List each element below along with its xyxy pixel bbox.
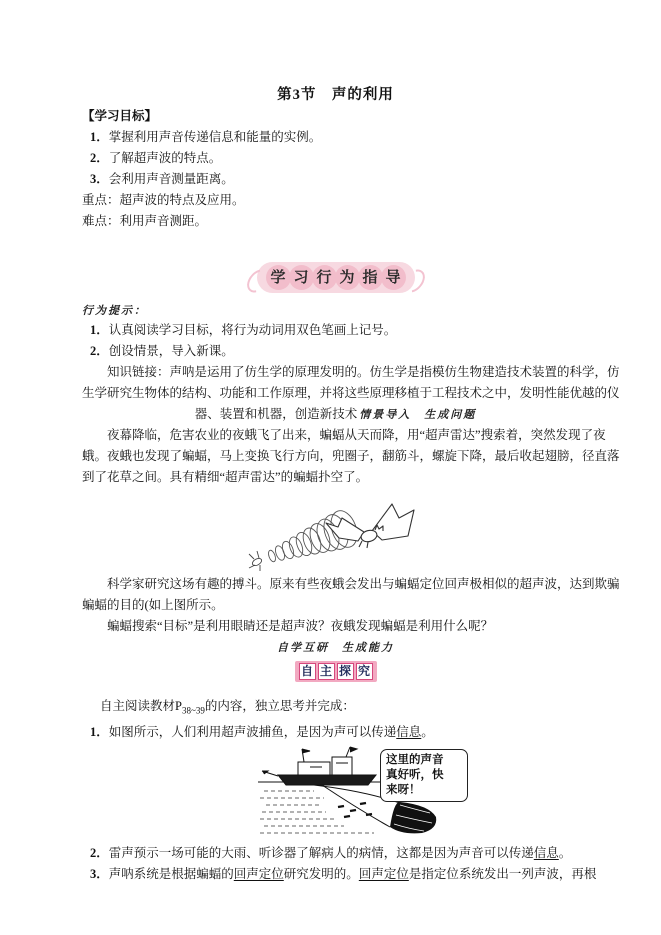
difficult-point: 难点：利用声音测距。 bbox=[82, 211, 589, 232]
task-item-1: 1．如图所示，人们利用超声波捕鱼，是因为声可以传递信息。 bbox=[82, 722, 589, 743]
ribbon-char: 为 bbox=[335, 265, 360, 290]
item-text: 如图所示，人们利用超声波捕鱼，是因为声可以传递 bbox=[109, 725, 397, 739]
item-text: 声呐系统是根据蝙蝠的 bbox=[109, 867, 234, 881]
sonar-fishing-figure: 这里的声音 真好听，快 来呀！ bbox=[254, 745, 464, 841]
story-question: 蝙蝠搜索“目标”是利用眼睛还是超声波？夜蛾发现蝙蝠是利用什么呢？ bbox=[82, 616, 589, 637]
ribbon-char: 学 bbox=[266, 265, 291, 290]
answer-blank-filled: 信息 bbox=[534, 846, 559, 860]
item-number: 2． bbox=[90, 846, 109, 860]
objective-item: 3．会利用声音测量距离。 bbox=[82, 169, 589, 190]
ribbon-char: 行 bbox=[312, 265, 337, 290]
document-page: 第3节 声的利用 【学习目标】 1．掌握利用声音传递信息和能量的实例。 2．了解… bbox=[82, 0, 589, 885]
item-text: 。 bbox=[559, 846, 572, 860]
section-script-header: 自学互研 生成能力 bbox=[82, 637, 589, 658]
speech-bubble: 这里的声音 真好听，快 来呀！ bbox=[380, 749, 468, 802]
answer-blank-filled: 信息 bbox=[396, 725, 421, 739]
item-text: 会利用声音测量距离。 bbox=[109, 172, 234, 186]
instruction-text: 的内容，独立思考并完成： bbox=[205, 699, 355, 713]
bat-sketch bbox=[242, 492, 432, 572]
item-number: 2． bbox=[90, 151, 109, 165]
page-title: 第3节 声的利用 bbox=[82, 0, 589, 106]
knowledge-link-tail: 器、装置和机器，创造新技术情景导入 生成问题 bbox=[82, 404, 589, 425]
item-number: 3． bbox=[90, 867, 109, 881]
instruction-text: 自主阅读教材P bbox=[100, 699, 182, 713]
overlapping-section-header: 情景导入 生成问题 bbox=[359, 408, 476, 421]
bubble-line: 这里的声音 bbox=[386, 753, 462, 768]
knowledge-link-line: 生学研究生物体的结构、功能和工作原理，并将这些原理移植于工程技术之中，发明性能优… bbox=[82, 383, 589, 404]
item-text: 了解超声波的特点。 bbox=[109, 151, 222, 165]
ribbon-char: 指 bbox=[358, 265, 383, 290]
task-item-2: 2．雷声预示一场可能的大雨、听诊器了解病人的病情，这都是因为声音可以传递信息。 bbox=[82, 843, 589, 864]
badge-frame: 自主探究 bbox=[295, 661, 377, 682]
item-number: 3． bbox=[90, 172, 109, 186]
story-line: 科学家研究这场有趣的搏斗。原来有些夜蛾会发出与蝙蝠定位回声极相似的超声波，达到欺… bbox=[82, 574, 589, 595]
pink-ribbon: 学习行为指导 bbox=[257, 262, 415, 293]
item-number: 2． bbox=[90, 344, 109, 358]
objectives-heading: 【学习目标】 bbox=[82, 106, 589, 127]
behavior-tips-label: 行为提示： bbox=[82, 302, 589, 320]
item-number: 1． bbox=[90, 130, 109, 144]
bat-echolocation-figure bbox=[242, 492, 432, 572]
item-text: 是指定位系统发出一列声波，再根 bbox=[409, 867, 597, 881]
knowledge-link-line: 知识链接：声呐是运用了仿生学的原理发明的。仿生学是指模仿生物建造技术装置的科学，… bbox=[82, 362, 589, 383]
section-banner-learning-guidance: 学习行为指导 bbox=[82, 262, 589, 296]
badge-char: 探 bbox=[337, 663, 354, 680]
story-line: 夜幕降临，危害农业的夜蛾飞了出来，蝙蝠从天而降，用“超声雷达”搜索着，突然发现了… bbox=[82, 425, 589, 446]
item-text: 。 bbox=[421, 725, 434, 739]
item-text: 掌握利用声音传递信息和能量的实例。 bbox=[109, 130, 322, 144]
badge-char: 自 bbox=[299, 663, 316, 680]
badge-char: 究 bbox=[356, 663, 373, 680]
item-number: 1． bbox=[90, 725, 109, 739]
story-line: 到了花草之间。具有精细“超声雷达”的蝙蝠扑空了。 bbox=[82, 467, 589, 488]
answer-blank-filled: 回声定位 bbox=[359, 867, 409, 881]
item-text: 雷声预示一场可能的大雨、听诊器了解病人的病情，这都是因为声音可以传递 bbox=[109, 846, 534, 860]
story-line: 蛾。夜蛾也发现了蝙蝠，马上变换飞行方向，兜圈子，翻筋斗，螺旋下降，最后收起翅膀，… bbox=[82, 446, 589, 467]
bubble-line: 来呀！ bbox=[386, 783, 462, 798]
tip-item: 2．创设情景，导入新课。 bbox=[82, 341, 589, 362]
item-text: 认真阅读学习目标，将行为动词用双色笔画上记号。 bbox=[109, 323, 397, 337]
ribbon-char: 习 bbox=[289, 265, 314, 290]
bubble-line: 真好听，快 bbox=[386, 768, 462, 783]
knowledge-tail-text: 器、装置和机器，创造新技术 bbox=[195, 407, 358, 421]
objective-item: 2．了解超声波的特点。 bbox=[82, 148, 589, 169]
task-item-3: 3．声呐系统是根据蝙蝠的回声定位研究发明的。回声定位是指定位系统发出一列声波，再… bbox=[82, 864, 589, 885]
objective-item: 1．掌握利用声音传递信息和能量的实例。 bbox=[82, 127, 589, 148]
story-line: 蝙蝠的目的(如上图所示。 bbox=[82, 595, 589, 616]
page-range-subscript: 38~39 bbox=[182, 706, 205, 716]
badge-char: 主 bbox=[318, 663, 335, 680]
self-exploration-badge: 自主探究 bbox=[82, 660, 589, 682]
item-text: 创设情景，导入新课。 bbox=[109, 344, 234, 358]
key-point: 重点：超声波的特点及应用。 bbox=[82, 190, 589, 211]
item-number: 1． bbox=[90, 323, 109, 337]
ribbon-char: 导 bbox=[381, 265, 406, 290]
reading-instruction: 自主阅读教材P38~39的内容，独立思考并完成： bbox=[82, 696, 589, 722]
tip-item: 1．认真阅读学习目标，将行为动词用双色笔画上记号。 bbox=[82, 320, 589, 341]
item-text: 研究发明的。 bbox=[284, 867, 359, 881]
answer-blank-filled: 回声定位 bbox=[234, 867, 284, 881]
